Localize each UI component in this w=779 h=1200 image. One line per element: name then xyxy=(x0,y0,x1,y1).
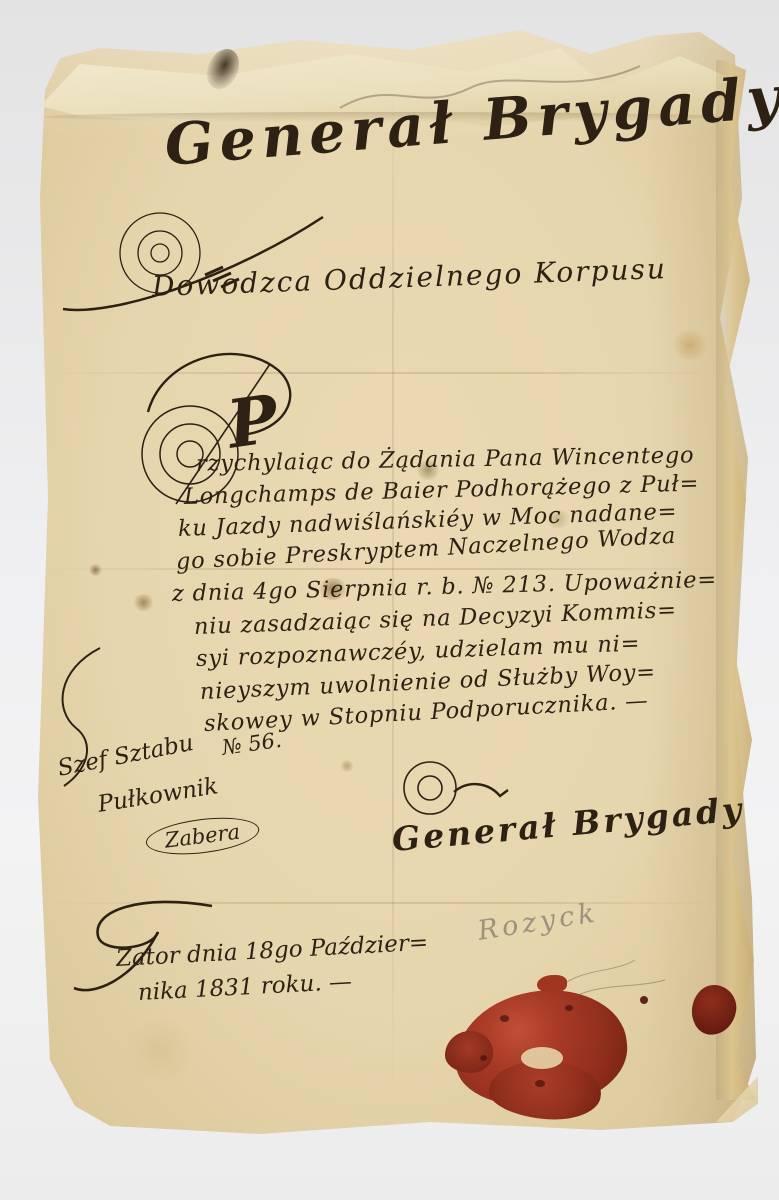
wax-seal-crumb xyxy=(537,975,567,993)
wax-seal-speck xyxy=(500,1015,509,1022)
body-paragraph: rzychylaiąc do Żądania Pana Wincentego L… xyxy=(182,448,779,741)
paper-stain xyxy=(133,594,154,611)
paper-stain xyxy=(120,1020,200,1080)
paper-stain xyxy=(340,760,354,772)
wax-seal-speck xyxy=(535,1080,545,1087)
wax-seal xyxy=(445,975,660,1130)
photo-of-manuscript: Generał Brygady Dowodzca Oddzielnego Kor… xyxy=(0,0,779,1200)
wax-seal-speck xyxy=(565,1005,573,1011)
tiny-wax-dot xyxy=(640,996,648,1004)
wax-seal-spur xyxy=(445,1031,493,1073)
paper-stain xyxy=(89,564,102,576)
paper-stain xyxy=(672,330,708,360)
wax-seal-paper-gap xyxy=(521,1047,563,1069)
wax-seal-speck xyxy=(480,1055,487,1061)
